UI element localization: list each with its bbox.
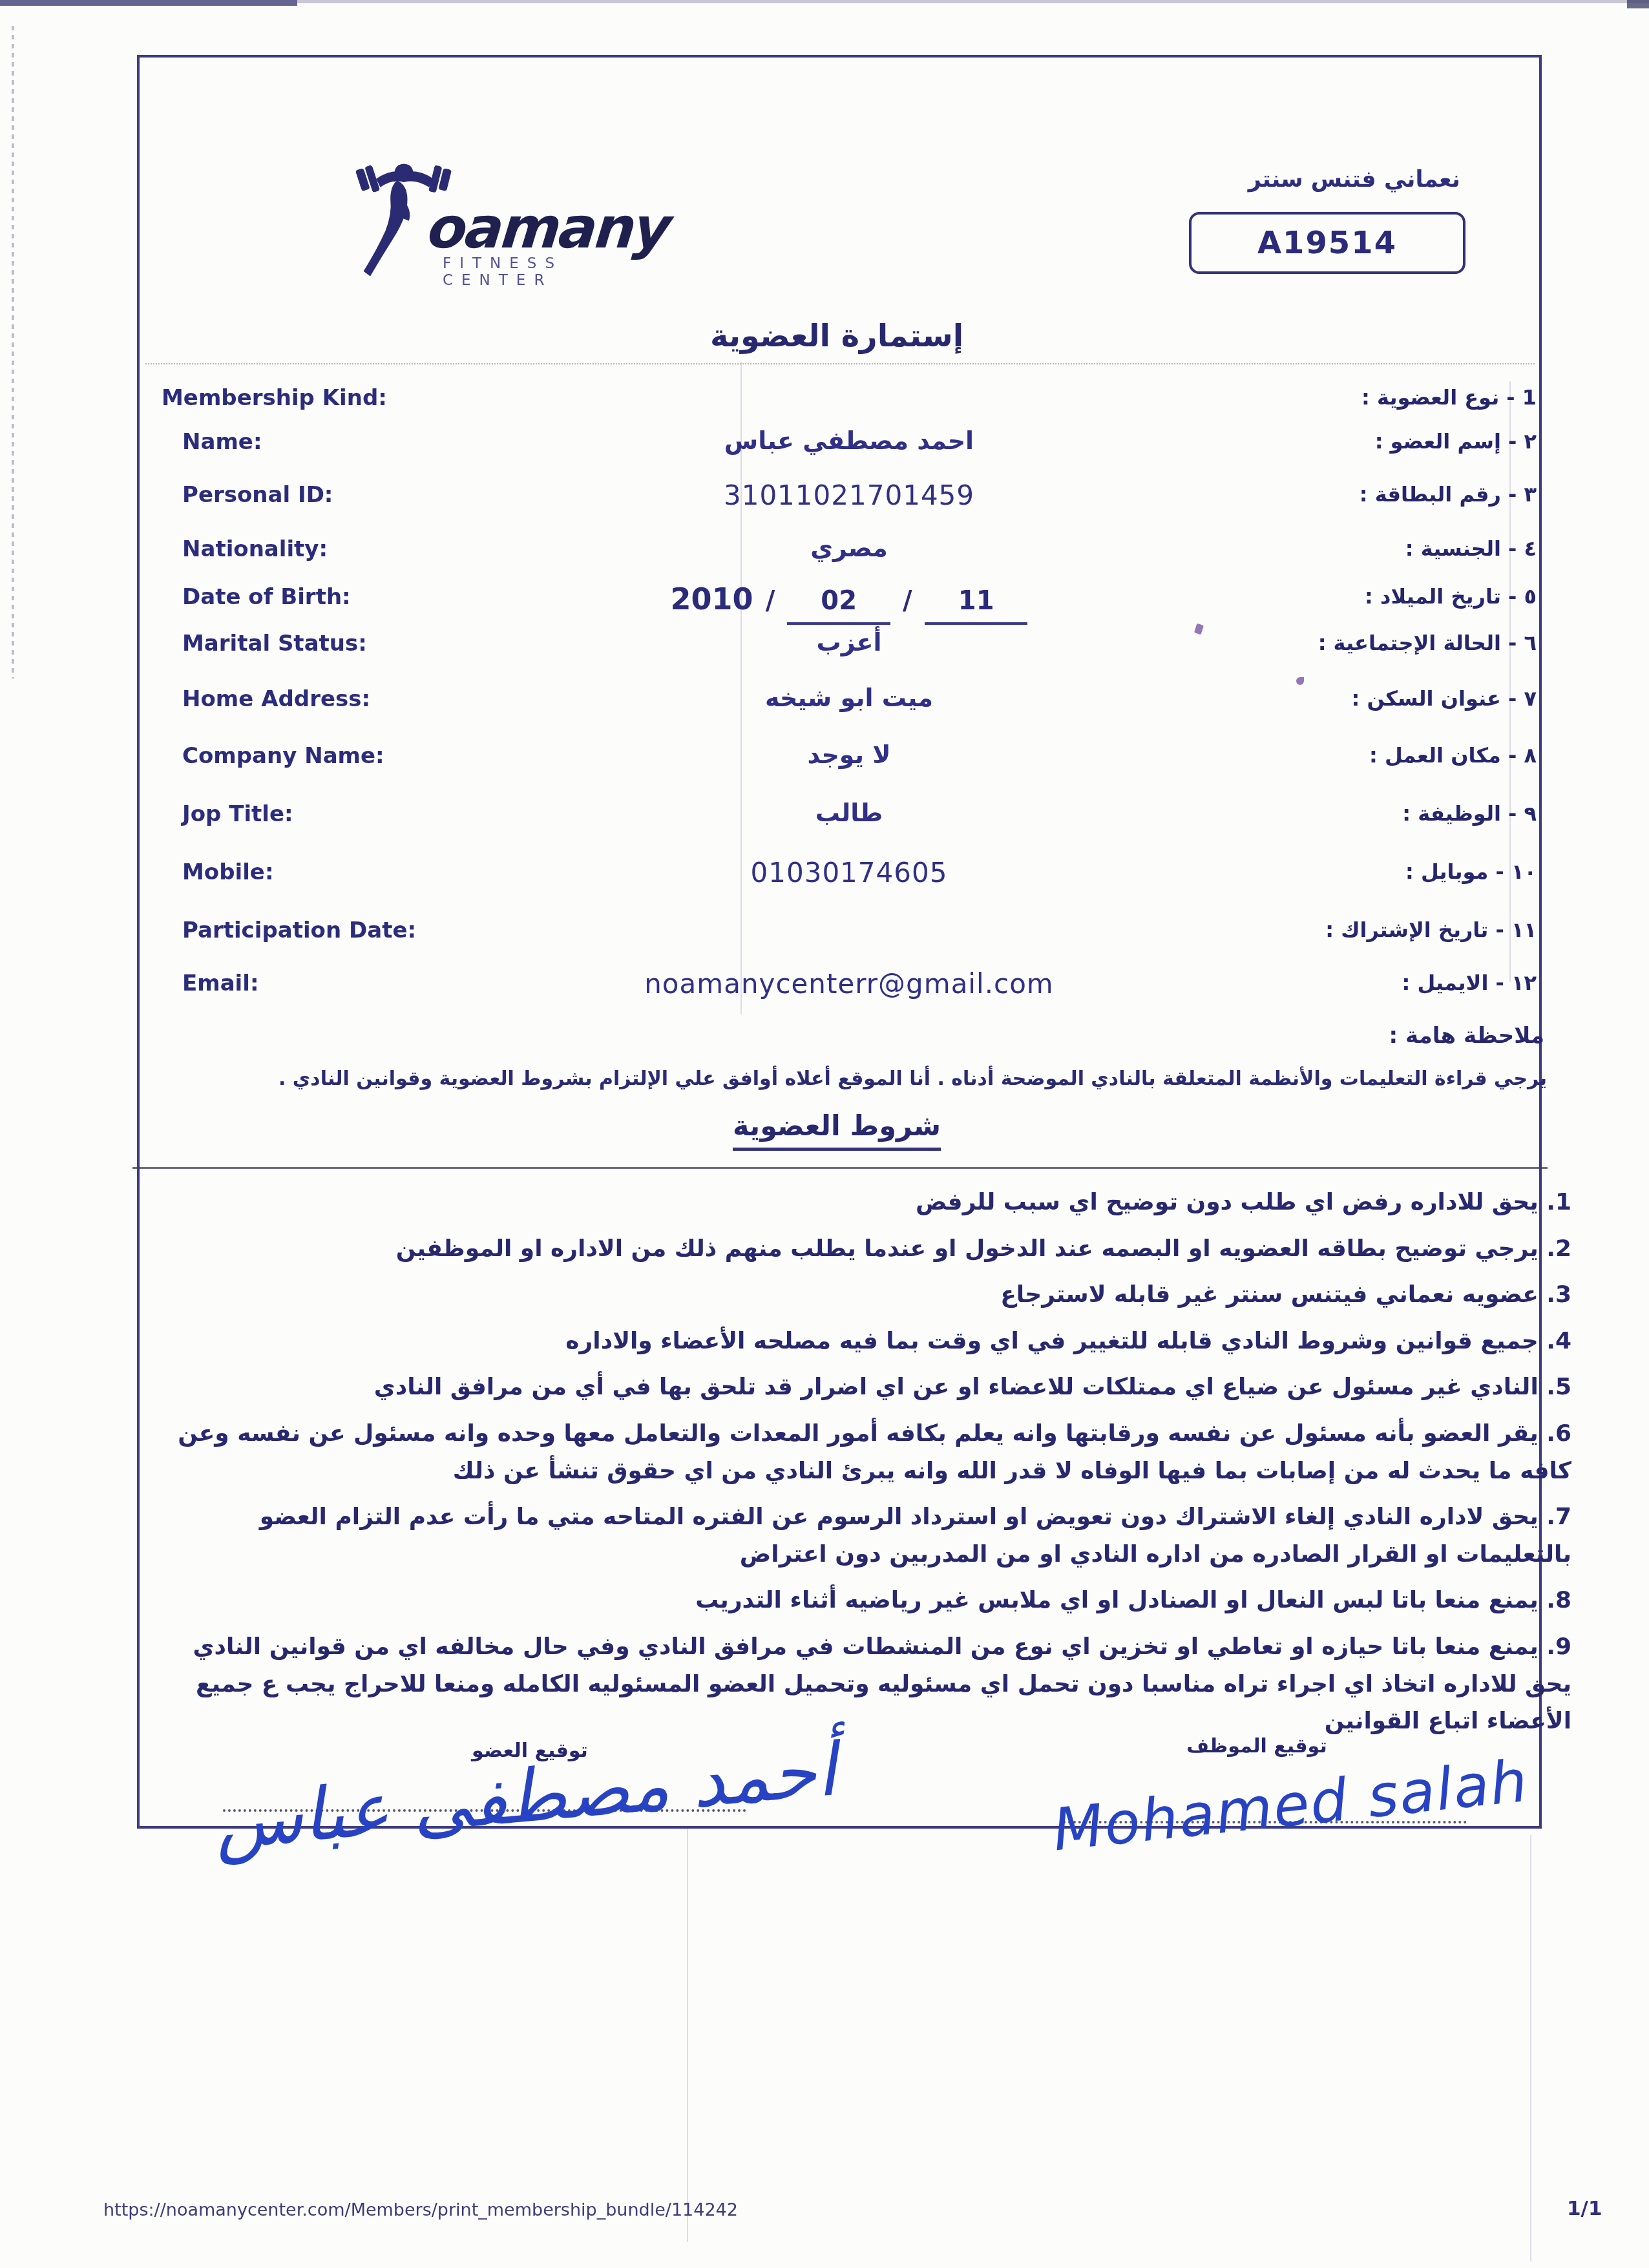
form-row-home-address: Home Address: ميت ابو شيخه ٧ - عنوان الس… xyxy=(162,684,1537,722)
form-row-date-of-birth: Date of Birth: 2010 / 02 / 11 ٥ - تاريخ … xyxy=(162,582,1537,620)
term-item: 9. يمنع منعا باتا حيازه او تعاطي او تخزي… xyxy=(169,1628,1571,1740)
form-row-email: Email: noamanycenterr@gmail.com ١٢ - الا… xyxy=(162,968,1537,1007)
field-label-en: Jop Title: xyxy=(182,801,293,827)
form-row-participation-date: Participation Date: ١١ - تاريخ الإشتراك … xyxy=(162,915,1537,954)
date-of-birth-value: 2010 / 02 / 11 xyxy=(464,582,1234,625)
field-label-ar: ٧ - عنوان السكن : xyxy=(1352,686,1537,711)
field-label-ar: ٤ - الجنسية : xyxy=(1405,536,1537,561)
terms-divider xyxy=(132,1167,1548,1169)
field-label-ar: ١١ - تاريخ الإشتراك : xyxy=(1325,918,1537,942)
form-row-job-title: Jop Title: طالب ٩ - الوظيفة : xyxy=(162,799,1537,837)
terms-title: شروط العضوية xyxy=(733,1110,941,1151)
scan-artifact xyxy=(12,26,14,678)
field-label-ar: ٥ - تاريخ الميلاد : xyxy=(1365,584,1537,609)
important-note-heading: ملاحظة هامة : xyxy=(1389,1023,1544,1049)
scan-artifact xyxy=(0,0,297,6)
field-label-en: Name: xyxy=(182,429,262,455)
form-row-nationality: Nationality: مصري ٤ - الجنسية : xyxy=(162,534,1537,572)
dob-month: 02 xyxy=(787,586,890,625)
field-label-en: Marital Status: xyxy=(182,631,367,656)
form-title: إستمارة العضوية xyxy=(137,318,1537,354)
form-row-marital-status: Marital Status: أعزب ٦ - الحالة الإجتماع… xyxy=(162,628,1537,667)
logo-wordmark: oamany xyxy=(425,194,673,261)
dob-day: 11 xyxy=(925,586,1028,625)
form-row-mobile: Mobile: 01030174605 ١٠ - موبايل : xyxy=(162,857,1537,896)
footer-url: https://noamanycenter.com/Members/print_… xyxy=(103,2200,738,2220)
logo: oamany FITNESS CENTER xyxy=(352,157,649,283)
member-code-badge: A19514 xyxy=(1189,212,1465,274)
staff-signature-label: توقيع الموظف xyxy=(1176,1735,1338,1758)
form-row-membership-kind: Membership Kind: 1 - نوع العضوية : xyxy=(162,383,1537,421)
dob-year: 2010 xyxy=(671,582,753,616)
logo-tagline: FITNESS CENTER xyxy=(443,255,649,289)
dob-separator: / xyxy=(894,586,921,616)
field-label-en: Home Address: xyxy=(182,686,370,712)
field-value: أعزب xyxy=(505,628,1193,656)
page-number: 1/1 xyxy=(1567,2197,1602,2220)
form-row-company-name: Company Name: لا يوجد ٨ - مكان العمل : xyxy=(162,740,1537,779)
field-label-en: Personal ID: xyxy=(182,482,333,508)
field-value: لا يوجد xyxy=(505,740,1193,769)
scan-artifact xyxy=(687,1829,688,2242)
terms-title-wrap: شروط العضوية xyxy=(137,1110,1537,1151)
scan-artifact xyxy=(1530,1835,1531,2262)
field-label-en: Mobile: xyxy=(182,859,274,885)
field-value: ميت ابو شيخه xyxy=(505,684,1193,712)
form-row-personal-id: Personal ID: 31011021701459 ٣ - رقم البط… xyxy=(162,479,1537,518)
field-label-ar: ٩ - الوظيفة : xyxy=(1402,801,1537,826)
field-label-ar: ١٢ - الايميل : xyxy=(1402,971,1537,995)
field-label-en: Nationality: xyxy=(182,536,328,562)
form-row-name: Name: احمد مصطفي عباس ٢ - إسم العضو : xyxy=(162,426,1537,465)
title-divider xyxy=(145,363,1535,364)
field-label-ar: 1 - نوع العضوية : xyxy=(1361,385,1537,410)
field-value: 01030174605 xyxy=(505,857,1193,888)
term-item: 7. يحق لاداره النادي إلغاء الاشتراك دون … xyxy=(169,1498,1571,1573)
term-item: 1. يحق للاداره رفض اي طلب دون توضيح اي س… xyxy=(169,1184,1571,1221)
field-value: احمد مصطفي عباس xyxy=(505,426,1193,455)
important-note-body: يرجي قراءة التعليمات والأنظمة المتعلقة ب… xyxy=(194,1067,1547,1090)
field-label-en: Email: xyxy=(182,971,259,996)
term-item: 6. يقر العضو بأنه مسئول عن نفسه ورقابتها… xyxy=(169,1415,1571,1489)
term-item: 8. يمنع منعا باتا لبس النعال او الصنادل … xyxy=(169,1582,1571,1619)
field-label-ar: ٦ - الحالة الإجتماعية : xyxy=(1318,631,1537,655)
dob-separator: / xyxy=(757,586,784,616)
field-label-en: Membership Kind: xyxy=(162,385,387,411)
term-item: 2. يرجي توضيح بطاقه العضويه او البصمه عن… xyxy=(169,1230,1571,1268)
brand-name-arabic: نعماني فتنس سنتر xyxy=(1248,167,1460,193)
scan-artifact xyxy=(297,0,1649,3)
field-label-ar: ٣ - رقم البطاقة : xyxy=(1360,482,1537,507)
field-label-en: Date of Birth: xyxy=(182,584,351,610)
field-label-en: Company Name: xyxy=(182,743,384,769)
field-value: 31011021701459 xyxy=(505,479,1193,511)
field-label-ar: ٢ - إسم العضو : xyxy=(1375,429,1537,454)
field-label-ar: ٨ - مكان العمل : xyxy=(1369,743,1537,768)
terms-list: 1. يحق للاداره رفض اي طلب دون توضيح اي س… xyxy=(169,1184,1571,1749)
field-label-ar: ١٠ - موبايل : xyxy=(1405,859,1537,884)
field-value: مصري xyxy=(505,534,1193,562)
term-item: 4. جميع قوانين وشروط النادي قابله للتغيي… xyxy=(169,1323,1571,1360)
term-item: 3. عضويه نعماني فيتنس سنتر غير قابله لاس… xyxy=(169,1276,1571,1314)
scanned-membership-form: oamany FITNESS CENTER نعماني فتنس سنتر A… xyxy=(0,0,1649,2268)
field-value: noamanycenterr@gmail.com xyxy=(505,968,1193,1000)
scan-artifact xyxy=(1627,0,1649,8)
field-value: طالب xyxy=(505,799,1193,827)
field-label-en: Participation Date: xyxy=(182,918,416,943)
term-item: 5. النادي غير مسئول عن ضياع اي ممتلكات ل… xyxy=(169,1369,1571,1406)
